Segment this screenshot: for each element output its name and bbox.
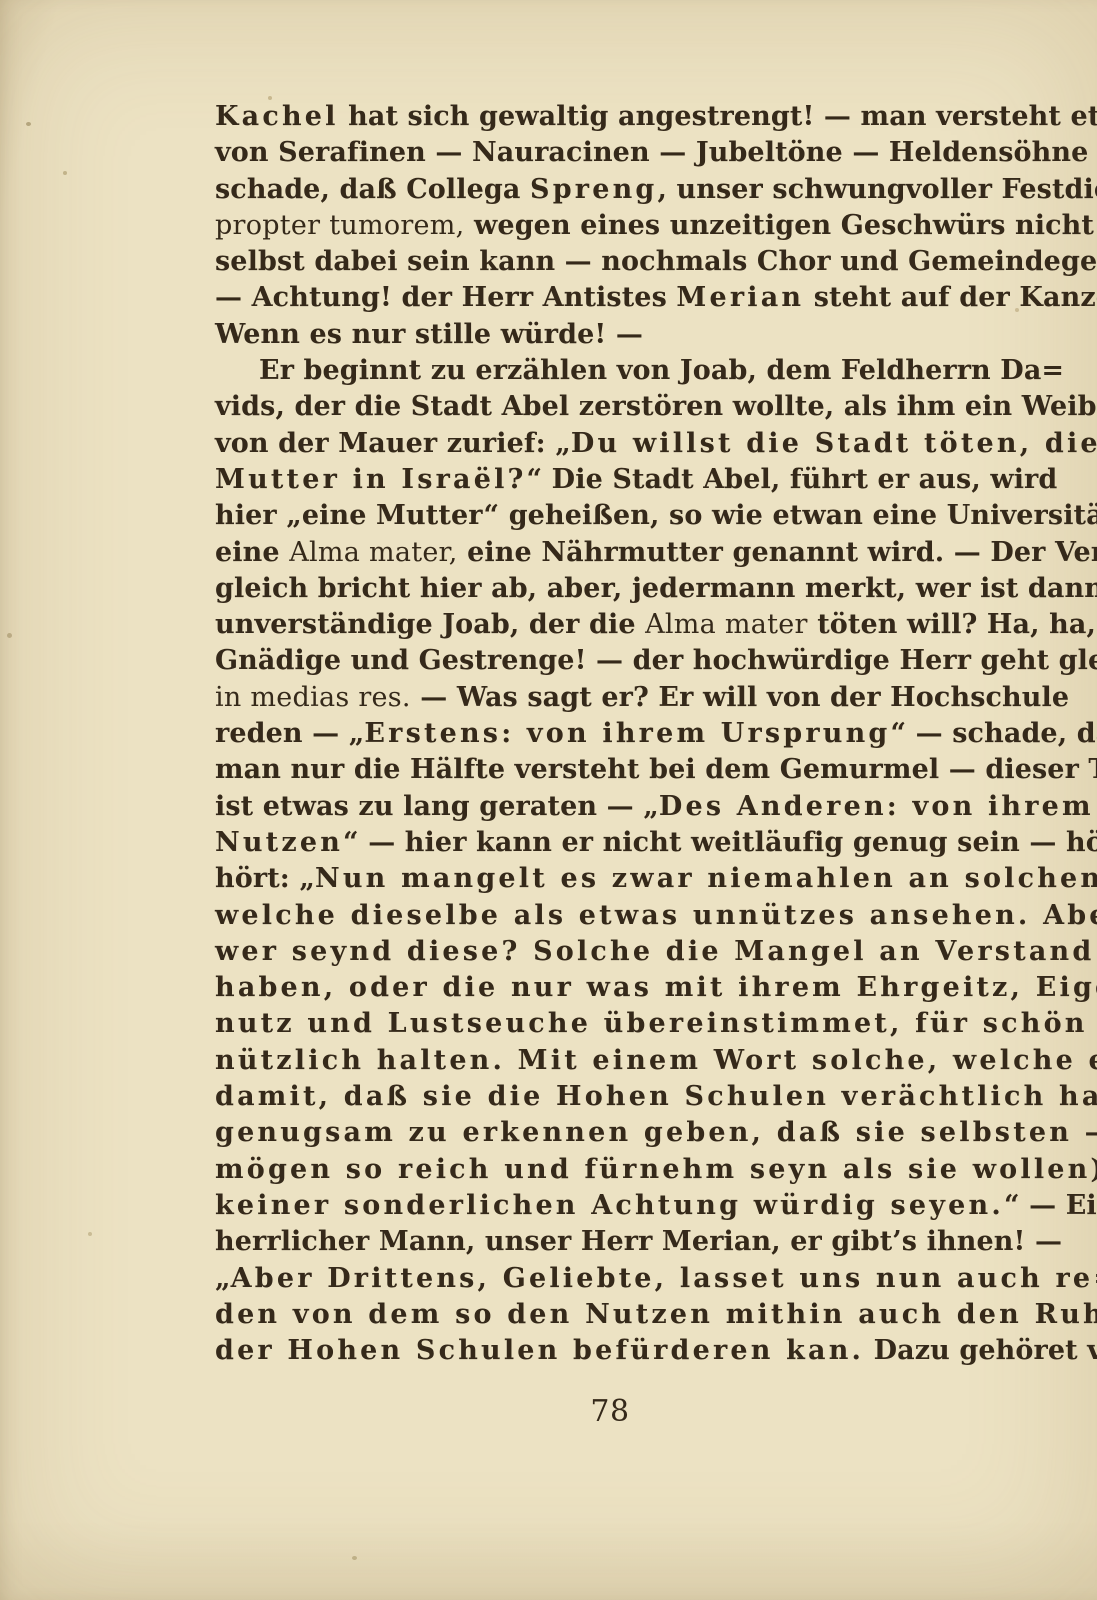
- text-line: den von dem so den Nutzen mithin auch de…: [215, 1297, 985, 1333]
- text-segment-fraktur: hier „eine Mutter“ geheißen, so wie etwa…: [215, 500, 1097, 531]
- text-segment-fraktur: — Was sagt er? Er will von der Hochschul…: [411, 682, 1069, 713]
- text-segment-fraktur: selbst dabei sein kann — nochmals Chor u…: [215, 246, 1097, 277]
- page-number: 78: [215, 1394, 1005, 1429]
- paper-speckle: [26, 122, 31, 126]
- text-segment-fraktur: “ — Ein: [1004, 1190, 1097, 1221]
- text-line: der Hohen Schulen befürderen kan. Dazu g…: [215, 1333, 985, 1369]
- text-segment-spaced: Spreng: [530, 174, 657, 205]
- text-line: Nutzen“ — hier kann er nicht weitläufig …: [215, 825, 985, 861]
- text-segment-spaced: Des Anderen: von ihrem: [659, 791, 1094, 822]
- text-segment-spaced: Nutzen: [215, 827, 343, 858]
- text-segment-fraktur: Wenn es nur stille würde! —: [215, 319, 643, 350]
- text-segment-antiqua: Alma mater,: [289, 537, 457, 568]
- text-line: Mutter in Israël?“ Die Stadt Abel, führt…: [215, 462, 985, 498]
- text-line: hört: „Nun mangelt es zwar niemahlen an …: [215, 861, 985, 897]
- text-line: mögen so reich und fürnehm seyn als sie …: [215, 1152, 985, 1188]
- text-line: man nur die Hälfte versteht bei dem Gemu…: [215, 752, 985, 788]
- text-line: Er beginnt zu erzählen von Joab, dem Fel…: [215, 353, 985, 389]
- text-segment-spaced: genugsam zu erkennen geben, daß sie selb…: [215, 1117, 1097, 1148]
- paper-speckle: [352, 1556, 357, 1560]
- text-line: wer seynd diese? Solche die Mangel an Ve…: [215, 934, 985, 970]
- text-line: unverständige Joab, der die Alma mater t…: [215, 607, 985, 643]
- text-segment-fraktur: unverständige Joab, der die: [215, 609, 645, 640]
- text-line: von Serafinen — Nauracinen — Jubeltöne —…: [215, 135, 985, 171]
- scanned-book-page: Kachel hat sich gewaltig angestrengt! — …: [0, 0, 1097, 1600]
- text-segment-fraktur: schade, daß Collega: [215, 174, 530, 205]
- text-segment-spaced: Erstens: von ihrem Ursprung: [364, 718, 890, 749]
- text-segment-fraktur: Er beginnt zu erzählen von Joab, dem Fel…: [259, 355, 1064, 386]
- text-segment-fraktur: reden — „: [215, 718, 364, 749]
- paragraph: Er beginnt zu erzählen von Joab, dem Fel…: [215, 353, 985, 1369]
- text-line: nutz und Lustseuche übereinstimmet, für …: [215, 1006, 985, 1042]
- text-line: eine Alma mater, eine Nährmutter genannt…: [215, 535, 985, 571]
- text-segment-fraktur: hört: „: [215, 863, 315, 894]
- paper-speckle: [63, 171, 67, 175]
- text-segment-spaced: den von dem so den Nutzen mithin auch de…: [215, 1299, 1097, 1330]
- text-segment-spaced: Du willst die Stadt töten, die: [571, 428, 1097, 459]
- text-line: in medias res. — Was sagt er? Er will vo…: [215, 680, 985, 716]
- text-line: von der Mauer zurief: „Du willst die Sta…: [215, 426, 985, 462]
- text-segment-spaced: Nun mangelt es zwar niemahlen an solchen…: [315, 863, 1097, 894]
- text-line: ist etwas zu lang geraten — „Des Anderen…: [215, 789, 985, 825]
- text-line: schade, daß Collega Spreng, unser schwun…: [215, 172, 985, 208]
- text-segment-fraktur: “ — schade, daß: [890, 718, 1097, 749]
- text-line: damit, daß sie die Hohen Schulen verächt…: [215, 1079, 985, 1115]
- text-segment-fraktur: „: [215, 1263, 231, 1294]
- text-line: propter tumorem, wegen eines unzeitigen …: [215, 208, 985, 244]
- text-segment-spaced: keiner sonderlichen Achtung würdig seyen…: [215, 1190, 1004, 1221]
- text-segment-spaced: Kachel: [215, 101, 339, 132]
- text-segment-fraktur: steht auf der Kanzel.: [804, 282, 1097, 313]
- text-segment-fraktur: Gnädige und Gestrenge! — der hochwürdige…: [215, 645, 1097, 676]
- text-segment-fraktur: gleich bricht hier ab, aber, jedermann m…: [215, 573, 1097, 604]
- text-line: welche dieselbe als etwas unnützes anseh…: [215, 898, 985, 934]
- paper-speckle: [7, 633, 12, 638]
- text-segment-antiqua: Alma mater: [645, 609, 808, 640]
- text-segment-fraktur: “ — hier kann er nicht weitläufig genug …: [343, 827, 1097, 858]
- text-segment-fraktur: ist etwas zu lang geraten — „: [215, 791, 659, 822]
- text-segment-fraktur: hat sich gewaltig angestrengt! — man ver…: [339, 101, 1097, 132]
- text-segment-antiqua: in medias res.: [215, 682, 411, 713]
- text-line: nützlich halten. Mit einem Wort solche, …: [215, 1043, 985, 1079]
- text-segment-spaced: haben, oder die nur was mit ihrem Ehrgei…: [215, 972, 1097, 1003]
- text-segment-fraktur: eine: [215, 537, 289, 568]
- text-line: genugsam zu erkennen geben, daß sie selb…: [215, 1115, 985, 1151]
- text-segment-fraktur: man nur die Hälfte versteht bei dem Gemu…: [215, 754, 1097, 785]
- text-line: selbst dabei sein kann — nochmals Chor u…: [215, 244, 985, 280]
- paragraph: Kachel hat sich gewaltig angestrengt! — …: [215, 99, 985, 353]
- text-line: haben, oder die nur was mit ihrem Ehrgei…: [215, 970, 985, 1006]
- text-line: hier „eine Mutter“ geheißen, so wie etwa…: [215, 498, 985, 534]
- text-segment-fraktur: “ Die Stadt Abel, führt er aus, wird: [527, 464, 1058, 495]
- text-line: keiner sonderlichen Achtung würdig seyen…: [215, 1188, 985, 1224]
- text-segment-fraktur: — Achtung! der Herr Antistes: [215, 282, 676, 313]
- text-line: Kachel hat sich gewaltig angestrengt! — …: [215, 99, 985, 135]
- text-line: „Aber Drittens, Geliebte, lasset uns nun…: [215, 1261, 985, 1297]
- text-segment-fraktur: herrlicher Mann, unser Herr Merian, er g…: [215, 1226, 1062, 1257]
- text-segment-fraktur: , unser schwungvoller Festdichter,: [657, 174, 1097, 205]
- text-segment-spaced: der Hohen Schulen befürderen kan.: [215, 1335, 864, 1366]
- text-block: Kachel hat sich gewaltig angestrengt! — …: [215, 99, 985, 1369]
- text-segment-spaced: nutz und Lustseuche übereinstimmet, für …: [215, 1008, 1097, 1039]
- text-line: herrlicher Mann, unser Herr Merian, er g…: [215, 1224, 985, 1260]
- text-segment-spaced: wer seynd diese? Solche die Mangel an Ve…: [215, 936, 1094, 967]
- text-segment-antiqua: propter tumorem,: [215, 210, 465, 241]
- text-segment-fraktur: von Serafinen — Nauracinen — Jubeltöne —…: [215, 137, 1097, 168]
- text-line: vids, der die Stadt Abel zerstören wollt…: [215, 389, 985, 425]
- text-segment-spaced: Aber Drittens, Geliebte, lasset uns nun …: [231, 1263, 1097, 1294]
- text-segment-spaced: Mutter in Israël?: [215, 464, 527, 495]
- text-line: Wenn es nur stille würde! —: [215, 317, 985, 353]
- text-segment-fraktur: von der Mauer zurief: „: [215, 428, 571, 459]
- text-line: reden — „Erstens: von ihrem Ursprung“ — …: [215, 716, 985, 752]
- text-segment-fraktur: eine Nährmutter genannt wird. — Der Ver=: [458, 537, 1097, 568]
- text-line: Gnädige und Gestrenge! — der hochwürdige…: [215, 643, 985, 679]
- text-segment-fraktur: töten will? Ha, ha,: [808, 609, 1096, 640]
- text-segment-fraktur: vids, der die Stadt Abel zerstören wollt…: [215, 391, 1097, 422]
- text-segment-spaced: welche dieselbe als etwas unnützes anseh…: [215, 900, 1097, 931]
- paper-speckle: [88, 1232, 92, 1236]
- text-segment-spaced: damit, daß sie die Hohen Schulen verächt…: [215, 1081, 1097, 1112]
- text-line: — Achtung! der Herr Antistes Merian steh…: [215, 280, 985, 316]
- text-segment-spaced: nützlich halten. Mit einem Wort solche, …: [215, 1045, 1097, 1076]
- text-segment-fraktur: wegen eines unzeitigen Geschwürs nicht: [465, 210, 1094, 241]
- text-segment-spaced: mögen so reich und fürnehm seyn als sie …: [215, 1154, 1097, 1185]
- text-segment-fraktur: Dazu gehöret vor: [864, 1335, 1097, 1366]
- text-line: gleich bricht hier ab, aber, jedermann m…: [215, 571, 985, 607]
- text-segment-spaced: Merian: [676, 282, 804, 313]
